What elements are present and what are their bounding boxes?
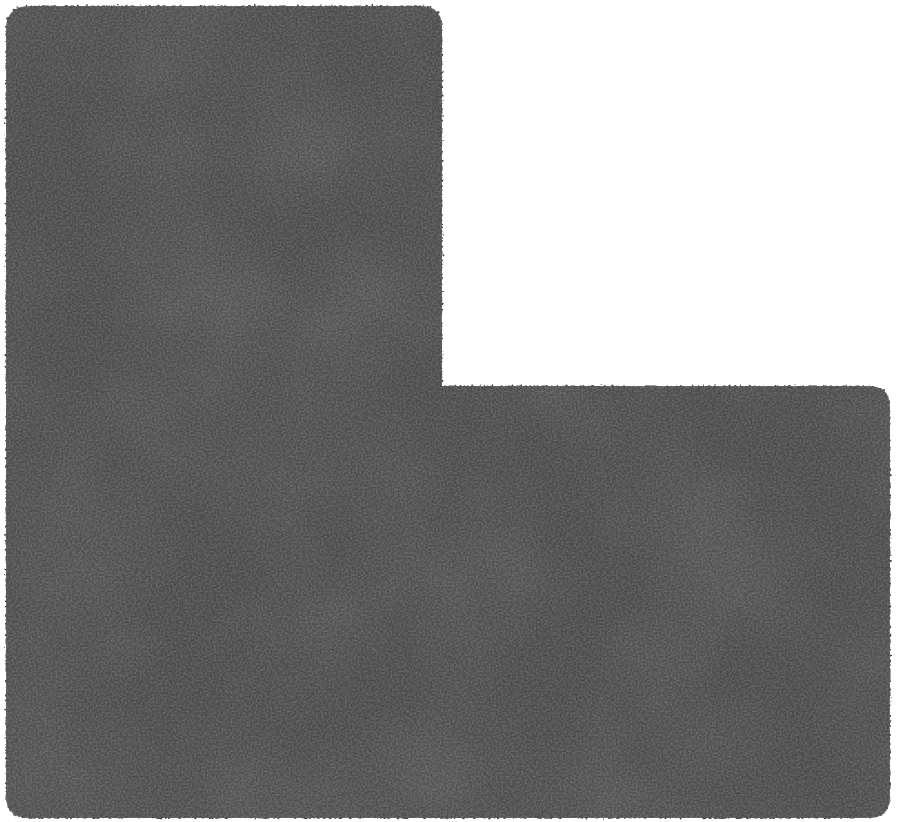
rug-illustration — [0, 0, 900, 822]
